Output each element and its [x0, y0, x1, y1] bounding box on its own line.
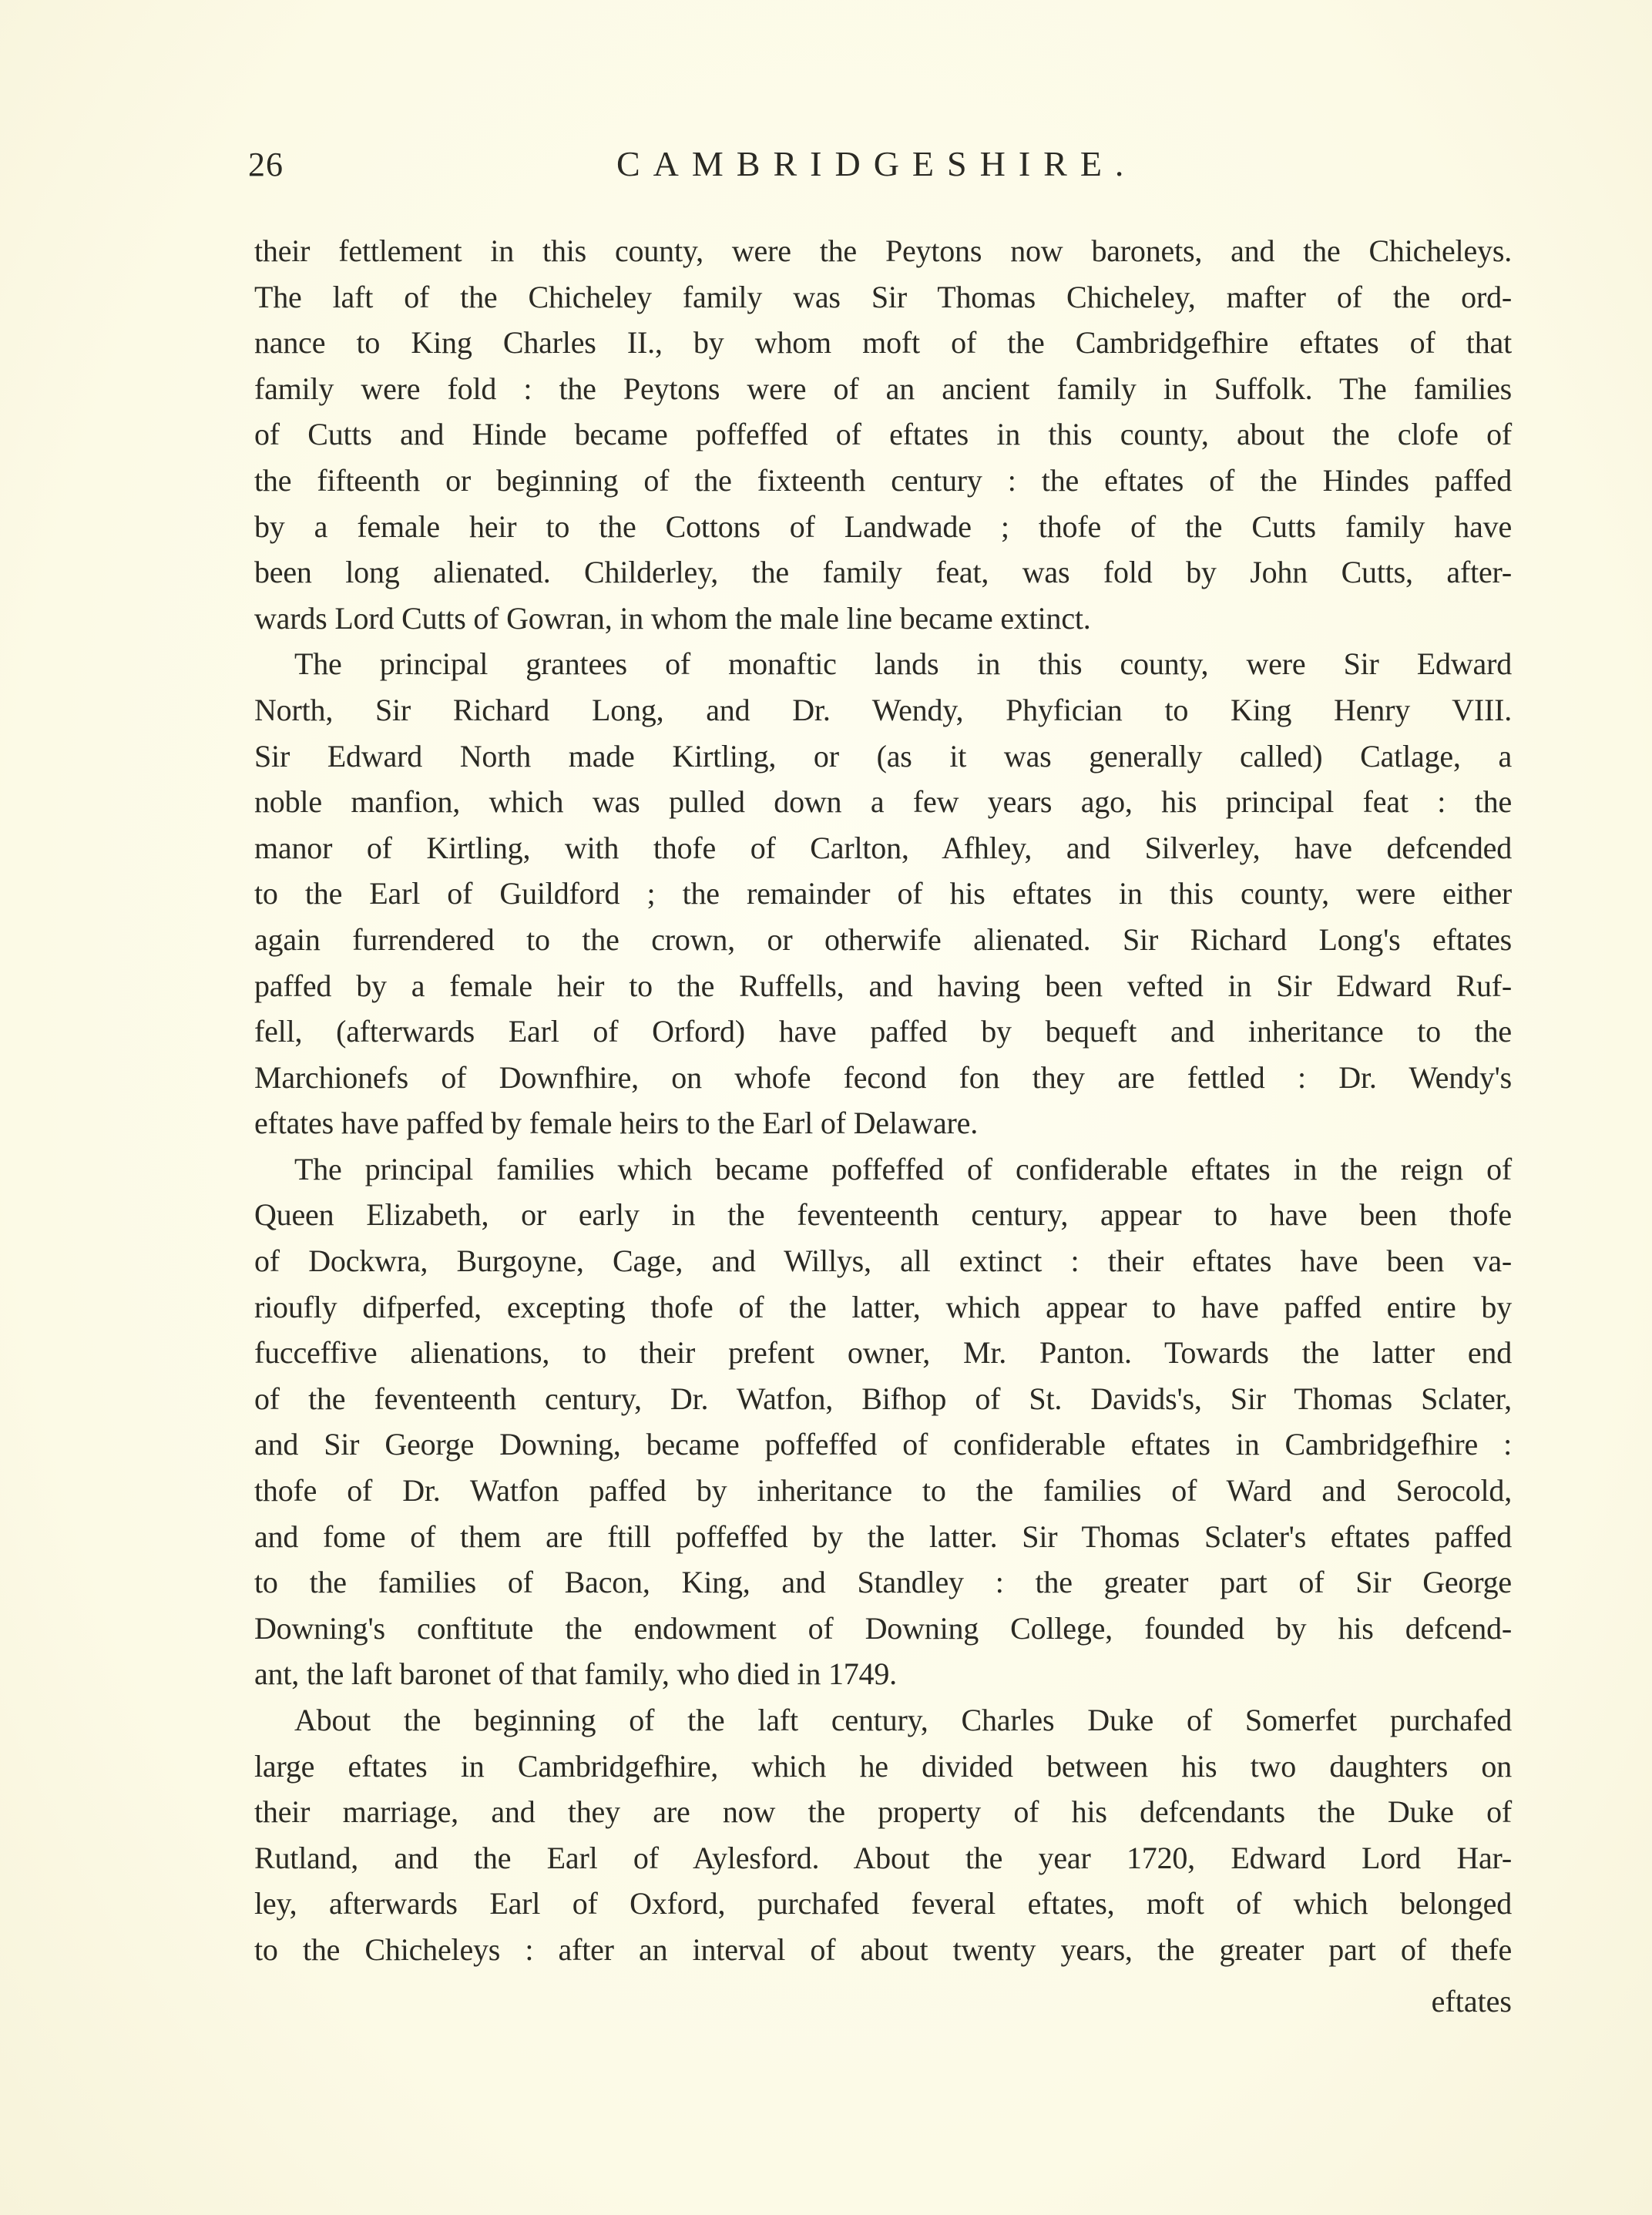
text-line: fucceffive alienations, to their prefent…	[254, 1330, 1512, 1376]
text-line: Queen Elizabeth, or early in the fevente…	[254, 1192, 1512, 1238]
text-line: to the Earl of Guildford ; the remainder…	[254, 871, 1512, 917]
book-page: 26 CAMBRIDGESHIRE. their fettlement in t…	[0, 0, 1652, 2215]
body-text: their fettlement in this county, were th…	[254, 228, 1512, 1973]
text-line: North, Sir Richard Long, and Dr. Wendy, …	[254, 687, 1512, 733]
text-line: manor of Kirtling, with thofe of Carlton…	[254, 825, 1512, 871]
catchword: eftates	[1310, 1983, 1512, 2019]
text-line: thofe of Dr. Watfon paffed by inheritanc…	[254, 1468, 1512, 1514]
paragraph-start-line: The principal families which became poff…	[254, 1146, 1512, 1193]
text-line: Marchionefs of Downfhire, on whofe fecon…	[254, 1055, 1512, 1101]
text-line: been long alienated. Childerley, the fam…	[254, 549, 1512, 596]
paragraph-start-line: About the beginning of the laft century,…	[254, 1697, 1512, 1743]
text-line: eftates have paffed by female heirs to t…	[254, 1100, 1512, 1146]
text-line: and fome of them are ftill poffeffed by …	[254, 1514, 1512, 1560]
text-line: nance to King Charles II., by whom moft …	[254, 320, 1512, 366]
running-head: CAMBRIDGESHIRE.	[616, 143, 1217, 184]
text-line: again furrendered to the crown, or other…	[254, 917, 1512, 963]
text-line: to the Chicheleys : after an interval of…	[254, 1927, 1512, 1973]
text-line: by a female heir to the Cottons of Landw…	[254, 504, 1512, 550]
text-line: ley, afterwards Earl of Oxford, purchafe…	[254, 1881, 1512, 1927]
text-line: of Dockwra, Burgoyne, Cage, and Willys, …	[254, 1238, 1512, 1284]
text-line: noble manfion, which was pulled down a f…	[254, 779, 1512, 825]
text-line: of the feventeenth century, Dr. Watfon, …	[254, 1376, 1512, 1422]
text-line: fell, (afterwards Earl of Orford) have p…	[254, 1008, 1512, 1055]
text-line: wards Lord Cutts of Gowran, in whom the …	[254, 596, 1512, 642]
text-line: large eftates in Cambridgefhire, which h…	[254, 1743, 1512, 1790]
text-line: the fifteenth or beginning of the fixtee…	[254, 458, 1512, 504]
text-line: ant, the laft baronet of that family, wh…	[254, 1651, 1512, 1697]
text-line: The laft of the Chicheley family was Sir…	[254, 274, 1512, 321]
text-line: of Cutts and Hinde became poffeffed of e…	[254, 411, 1512, 458]
text-line: Downing's conftitute the endowment of Do…	[254, 1606, 1512, 1652]
text-line: Sir Edward North made Kirtling, or (as i…	[254, 733, 1512, 780]
text-line: to the families of Bacon, King, and Stan…	[254, 1559, 1512, 1606]
page-number: 26	[248, 145, 284, 184]
text-line: paffed by a female heir to the Ruffells,…	[254, 963, 1512, 1009]
text-line: Rutland, and the Earl of Aylesford. Abou…	[254, 1835, 1512, 1881]
text-line: their marriage, and they are now the pro…	[254, 1789, 1512, 1835]
text-line: and Sir George Downing, became poffeffed…	[254, 1421, 1512, 1468]
text-line: rioufly difperfed, excepting thofe of th…	[254, 1284, 1512, 1331]
text-line: family were fold : the Peytons were of a…	[254, 366, 1512, 412]
text-line: their fettlement in this county, were th…	[254, 228, 1512, 274]
paragraph-start-line: The principal grantees of monaftic lands…	[254, 641, 1512, 687]
